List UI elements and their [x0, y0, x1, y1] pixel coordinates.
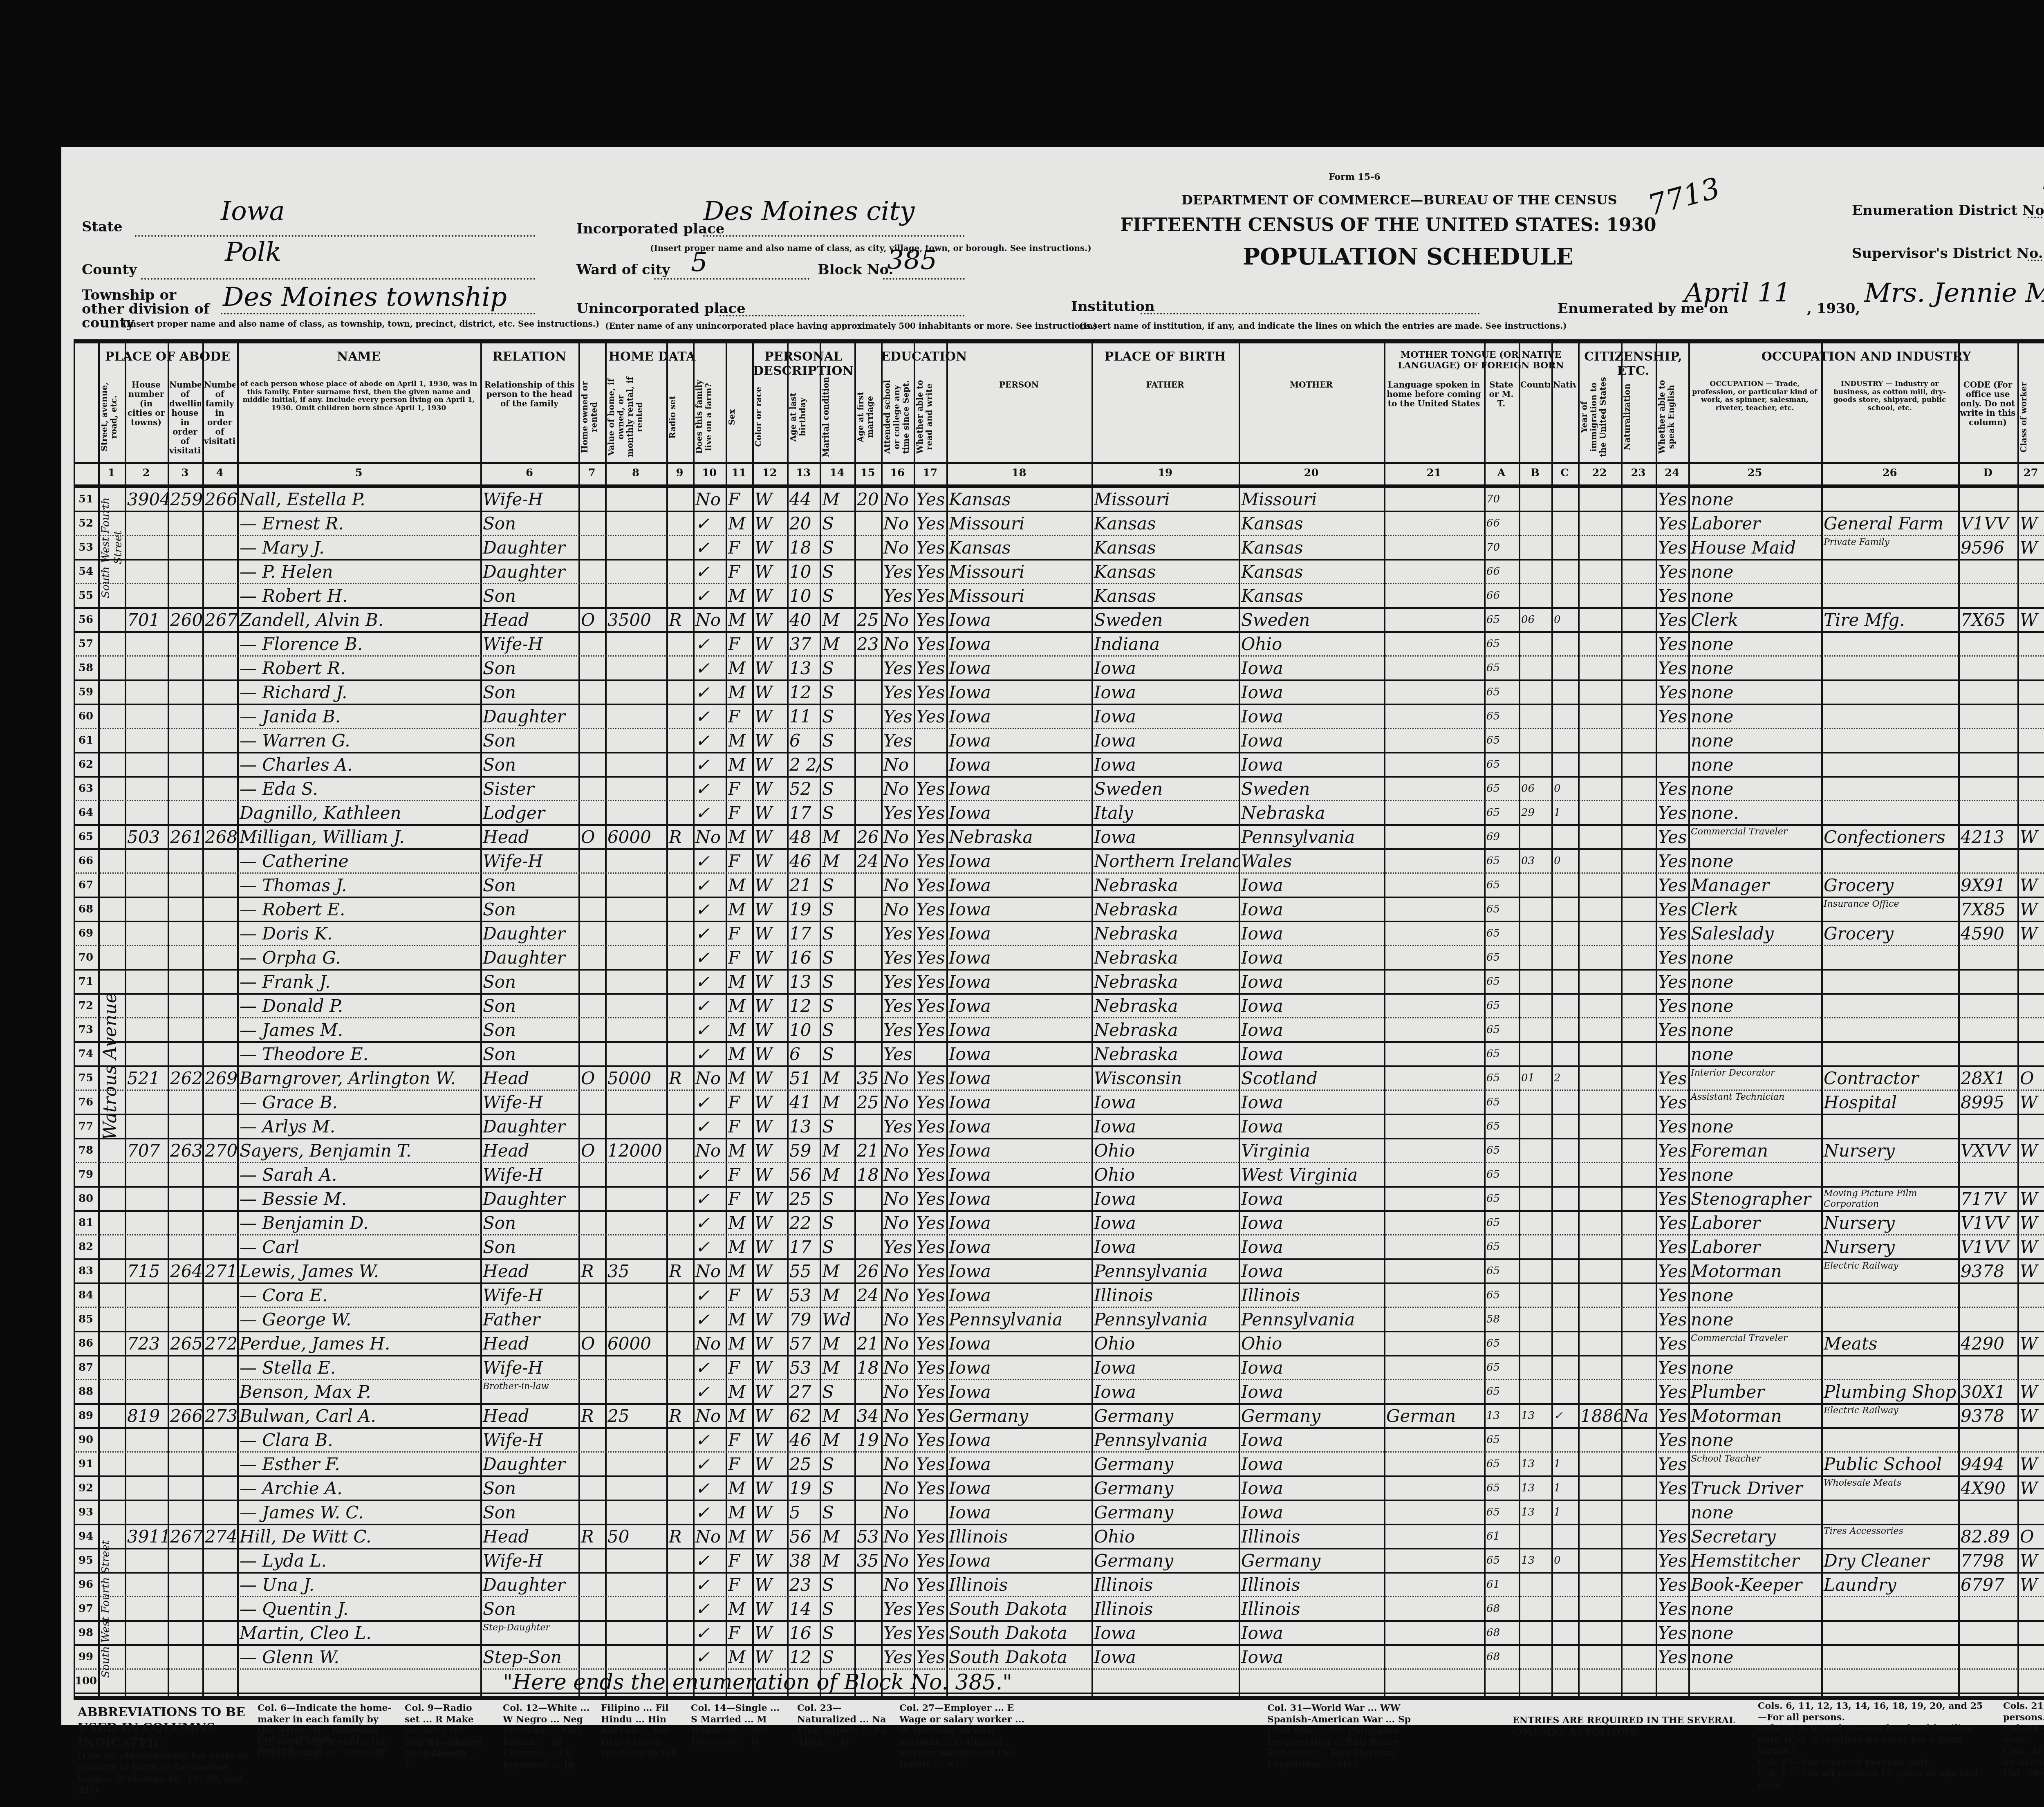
- column-group-mother-tongue-or-native-language-of-foreign-born: MOTHER TONGUE (OR NATIVE LANGUAGE) OF FO…: [1384, 350, 1578, 371]
- cell-birth-mother: Sweden: [1239, 777, 1384, 801]
- cell-owned: O: [578, 825, 605, 849]
- abbrev-col31: Col. 31—World War ... WW Spanish-America…: [1267, 1703, 1414, 1770]
- cell-read-write: Yes: [914, 1235, 946, 1259]
- table-row: 69— Doris K.Daughter✓FW17SYesYesIowaNebr…: [74, 921, 2044, 946]
- cell-relation: Daughter: [480, 704, 578, 729]
- cell-race: W: [752, 656, 787, 680]
- cell-code-a: 68: [1484, 1597, 1519, 1621]
- cell-class-worker: W: [2017, 1139, 2044, 1163]
- column-group-relation: RELATION: [480, 350, 578, 364]
- cell-sex: M: [726, 656, 752, 680]
- cell-age: 46: [787, 849, 820, 873]
- cell-occupation: Foreman: [1688, 1139, 1821, 1163]
- cell-marital: M: [820, 1066, 854, 1090]
- cell-read-write: Yes: [914, 632, 946, 656]
- cell-age: 21: [787, 873, 820, 897]
- line-number: 82: [74, 1235, 98, 1259]
- cell-name: — Carl: [237, 1235, 480, 1259]
- cell-read-write: Yes: [914, 560, 946, 584]
- column-group-occupation-and-industry: OCCUPATION AND INDUSTRY: [1688, 350, 2044, 364]
- cell-farm: ✓: [693, 801, 726, 825]
- cell-farm: No: [693, 487, 726, 511]
- cell-industry: Tires Accessories: [1821, 1525, 1958, 1549]
- block-label: Block No.: [818, 262, 893, 278]
- cell-name: Dagnillo, Kathleen: [237, 801, 480, 825]
- cell-school: Yes: [881, 1235, 914, 1259]
- cell-sex: M: [726, 1139, 752, 1163]
- table-row: 59— Richard J.Son✓MW12SYesYesIowaIowaIow…: [74, 680, 2044, 704]
- cell-read-write: Yes: [914, 1428, 946, 1452]
- cell-sex: F: [726, 1187, 752, 1211]
- cell-class-worker: W: [2017, 897, 2044, 921]
- cell-industry: Nursery: [1821, 1211, 1958, 1235]
- cell-age: 44: [787, 487, 820, 511]
- cell-age: 53: [787, 1283, 820, 1307]
- cell-race: W: [752, 1597, 787, 1621]
- cell-code-c: 1: [1551, 801, 1578, 825]
- cell-birth-mother: Iowa: [1239, 873, 1384, 897]
- cell-code-a: 65: [1484, 656, 1519, 680]
- cell-name: Bulwan, Carl A.: [237, 1404, 480, 1428]
- cell-code-a: 65: [1484, 1211, 1519, 1235]
- cell-age-married: 26: [854, 1259, 881, 1283]
- cell-age: 5: [787, 1500, 820, 1525]
- cell-dwelling: 265: [168, 1332, 202, 1356]
- cell-birth-father: Germany: [1091, 1476, 1239, 1500]
- cell-birth-father: Iowa: [1091, 1090, 1239, 1114]
- entries-left: Cols. 6, 11, 12, 13, 14, 16, 18, 19, 20,…: [1758, 1701, 1987, 1791]
- cell-code-a: 65: [1484, 1476, 1519, 1500]
- cell-birth-person: Iowa: [946, 921, 1091, 946]
- cell-race: W: [752, 1283, 787, 1307]
- cell-age: 18: [787, 536, 820, 560]
- block-line: [883, 278, 965, 280]
- cell-code-a: 65: [1484, 1259, 1519, 1283]
- cell-sex: M: [726, 729, 752, 753]
- cell-occupation: none: [1688, 680, 1821, 704]
- column-header-class-worker: Class of worker: [2019, 376, 2042, 458]
- cell-birth-person: Iowa: [946, 1356, 1091, 1380]
- cell-class-worker: O: [2017, 1066, 2044, 1090]
- cell-name: — Doris K.: [237, 921, 480, 946]
- cell-code-a: 65: [1484, 1500, 1519, 1525]
- cell-age-married: 24: [854, 1283, 881, 1307]
- cell-english: Yes: [1656, 608, 1688, 632]
- cell-birth-person: Iowa: [946, 1163, 1091, 1187]
- cell-read-write: Yes: [914, 897, 946, 921]
- abbreviations-block: ABBREVIATIONS TO BE USED IN COLUMNS INDI…: [78, 1705, 249, 1796]
- cell-age-married: 35: [854, 1066, 881, 1090]
- cell-race: W: [752, 1139, 787, 1163]
- cell-birth-father: Germany: [1091, 1452, 1239, 1476]
- cell-birth-person: Iowa: [946, 1452, 1091, 1476]
- cell-school: No: [881, 1573, 914, 1597]
- cell-relation: Wife-H: [480, 1356, 578, 1380]
- cell-occupation: Motorman: [1688, 1404, 1821, 1428]
- cell-relation: Son: [480, 994, 578, 1018]
- cell-value: 12000: [605, 1139, 666, 1163]
- cell-school: Yes: [881, 801, 914, 825]
- cell-code-a: 65: [1484, 753, 1519, 777]
- cell-occupation: none: [1688, 487, 1821, 511]
- cell-farm: ✓: [693, 680, 726, 704]
- cell-school: Yes: [881, 729, 914, 753]
- entries-line-5: Cols. 21, 22, and 23—For all foreign-bor…: [2003, 1701, 2044, 1723]
- cell-occupation: none: [1688, 704, 1821, 729]
- table-row: 97— Quentin J.Son✓MW14SYesYesSouth Dakot…: [74, 1597, 2044, 1621]
- cell-school: No: [881, 873, 914, 897]
- cell-age: 2 2/12: [787, 753, 820, 777]
- cell-farm: ✓: [693, 1018, 726, 1042]
- cell-birth-father: Indiana: [1091, 632, 1239, 656]
- line-number: 95: [74, 1549, 98, 1573]
- cell-school: No: [881, 1428, 914, 1452]
- cell-dwelling: 259: [168, 487, 202, 511]
- cell-value: 6000: [605, 825, 666, 849]
- cell-school: No: [881, 487, 914, 511]
- column-group-name: NAME: [237, 350, 480, 364]
- cell-code-a: 69: [1484, 825, 1519, 849]
- cell-sex: M: [726, 1042, 752, 1066]
- cell-industry: Moving Picture Film Corporation: [1821, 1187, 1958, 1211]
- cell-race: W: [752, 1356, 787, 1380]
- cell-birth-mother: Kansas: [1239, 511, 1384, 536]
- column-number-age: 13: [787, 467, 820, 479]
- cell-age-married: 19: [854, 1428, 881, 1452]
- line-number: 89: [74, 1404, 98, 1428]
- cell-relation: Wife-H: [480, 1549, 578, 1573]
- cell-birth-person: Iowa: [946, 1549, 1091, 1573]
- cell-occupation: none: [1688, 994, 1821, 1018]
- cell-read-write: Yes: [914, 1187, 946, 1211]
- cell-age: 17: [787, 801, 820, 825]
- cell-birth-father: Iowa: [1091, 680, 1239, 704]
- cell-age: 38: [787, 1549, 820, 1573]
- cell-relation: Son: [480, 873, 578, 897]
- cell-age: 25: [787, 1452, 820, 1476]
- cell-birth-father: Northern Ireland: [1091, 849, 1239, 873]
- column-number-occupation: 25: [1688, 467, 1821, 479]
- cell-name: Perdue, James H.: [237, 1332, 480, 1356]
- cell-birth-person: Iowa: [946, 704, 1091, 729]
- cell-birth-person: Iowa: [946, 680, 1091, 704]
- line-number: 84: [74, 1283, 98, 1307]
- cell-code-a: 65: [1484, 704, 1519, 729]
- cell-birth-mother: Iowa: [1239, 1235, 1384, 1259]
- cell-sex: M: [726, 1066, 752, 1090]
- cell-radio: R: [666, 825, 693, 849]
- cell-farm: ✓: [693, 1476, 726, 1500]
- cell-birth-father: Germany: [1091, 1549, 1239, 1573]
- cell-farm: ✓: [693, 1380, 726, 1404]
- cell-read-write: Yes: [914, 1066, 946, 1090]
- cell-birth-father: Kansas: [1091, 584, 1239, 608]
- cell-code-a: 70: [1484, 536, 1519, 560]
- incorporated-value: Des Moines city: [703, 196, 914, 226]
- cell-school: No: [881, 1163, 914, 1187]
- cell-farm: ✓: [693, 536, 726, 560]
- cell-name: Lewis, James W.: [237, 1259, 480, 1283]
- cell-race: W: [752, 584, 787, 608]
- cell-birth-father: Ohio: [1091, 1139, 1239, 1163]
- cell-family: 268: [202, 825, 237, 849]
- cell-family: 267: [202, 608, 237, 632]
- cell-school: No: [881, 1525, 914, 1549]
- column-number-race: 12: [752, 467, 787, 479]
- cell-age: 37: [787, 632, 820, 656]
- cell-age: 20: [787, 511, 820, 536]
- entries-line-3: Col. 15—For married persons only.: [1758, 1757, 1987, 1769]
- column-header-birth-mother: MOTHER: [1240, 380, 1382, 460]
- cell-birth-person: Iowa: [946, 656, 1091, 680]
- cell-class-worker: W: [2017, 511, 2044, 536]
- enum-district-line: [2028, 217, 2044, 218]
- cell-sex: F: [726, 946, 752, 970]
- cell-name: — Ernest R.: [237, 511, 480, 536]
- column-header-code-d: CODE (For office use only. Do not write …: [1960, 380, 2016, 460]
- cell-read-write: Yes: [914, 536, 946, 560]
- cell-farm: ✓: [693, 970, 726, 994]
- cell-code-a: 65: [1484, 897, 1519, 921]
- column-header-relation: Relationship of this person to the head …: [482, 380, 577, 460]
- cell-relation: Head: [480, 1139, 578, 1163]
- cell-name: — Bessie M.: [237, 1187, 480, 1211]
- cell-race: W: [752, 1380, 787, 1404]
- cell-birth-father: Nebraska: [1091, 1018, 1239, 1042]
- cell-code-a: 65: [1484, 1428, 1519, 1452]
- column-header-farm: Does this family live on a farm?: [695, 376, 724, 458]
- cell-code-a: 61: [1484, 1525, 1519, 1549]
- cell-age: 27: [787, 1380, 820, 1404]
- cell-marital: S: [820, 536, 854, 560]
- cell-family: 273: [202, 1404, 237, 1428]
- cell-occupation: Plumber: [1688, 1380, 1821, 1404]
- table-bottom-border: [74, 1696, 2044, 1700]
- line-number: 62: [74, 753, 98, 777]
- cell-birth-person: Kansas: [946, 487, 1091, 511]
- cell-race: W: [752, 1645, 787, 1669]
- cell-birth-person: Iowa: [946, 1235, 1091, 1259]
- cell-birth-person: Iowa: [946, 1259, 1091, 1283]
- institution-label: Institution: [1071, 298, 1155, 315]
- cell-english: Yes: [1656, 1114, 1688, 1139]
- cell-occupation: Laborer: [1688, 511, 1821, 536]
- cell-read-write: Yes: [914, 487, 946, 511]
- line-number: 97: [74, 1597, 98, 1621]
- cell-school: No: [881, 1307, 914, 1332]
- cell-race: W: [752, 970, 787, 994]
- cell-birth-father: Nebraska: [1091, 921, 1239, 946]
- column-header-english: Whether able to speak English: [1657, 376, 1687, 458]
- cell-school: No: [881, 511, 914, 536]
- cell-birth-father: Iowa: [1091, 704, 1239, 729]
- cell-marital: S: [820, 921, 854, 946]
- cell-code-a: 65: [1484, 1163, 1519, 1187]
- cell-code-c: 1: [1551, 1500, 1578, 1525]
- table-row: 71— Frank J.Son✓MW13SYesYesIowaNebraskaI…: [74, 970, 2044, 994]
- line-number: 75: [74, 1066, 98, 1090]
- cell-farm: ✓: [693, 1090, 726, 1114]
- cell-occupation: none: [1688, 1356, 1821, 1380]
- table-row: 73— James M.Son✓MW10SYesYesIowaNebraskaI…: [74, 1018, 2044, 1042]
- cell-birth-mother: Kansas: [1239, 560, 1384, 584]
- cell-relation: Son: [480, 897, 578, 921]
- cell-marital: S: [820, 873, 854, 897]
- cell-occupation: none: [1688, 1018, 1821, 1042]
- cell-radio: R: [666, 1259, 693, 1283]
- cell-occupation: Stenographer: [1688, 1187, 1821, 1211]
- cell-industry: Wholesale Meats: [1821, 1476, 1958, 1500]
- cell-marital: S: [820, 1235, 854, 1259]
- cell-sex: M: [726, 608, 752, 632]
- cell-code-a: 68: [1484, 1645, 1519, 1669]
- cell-birth-mother: Ohio: [1239, 1332, 1384, 1356]
- cell-relation: Son: [480, 1597, 578, 1621]
- cell-school: Yes: [881, 680, 914, 704]
- abbrev-col14: Col. 14—Single ... S Married ... M Widow…: [691, 1703, 785, 1748]
- column-group-home-data: HOME DATA: [578, 350, 726, 364]
- cell-marital: S: [820, 1621, 854, 1645]
- cell-school: Yes: [881, 970, 914, 994]
- cell-birth-person: Nebraska: [946, 825, 1091, 849]
- table-row: 70— Orpha G.Daughter✓FW16SYesYesIowaNebr…: [74, 946, 2044, 970]
- cell-birth-mother: Iowa: [1239, 1428, 1384, 1452]
- cell-industry: Grocery: [1821, 921, 1958, 946]
- cell-code-d: 7X65: [1958, 608, 2017, 632]
- cell-english: Yes: [1656, 632, 1688, 656]
- cell-family: 266: [202, 487, 237, 511]
- cell-industry: Insurance Office: [1821, 897, 1958, 921]
- unincorporated-label: Unincorporated place: [576, 300, 746, 317]
- cell-code-a: 66: [1484, 584, 1519, 608]
- cell-race: W: [752, 825, 787, 849]
- cell-name: — Esther F.: [237, 1452, 480, 1476]
- cell-farm: ✓: [693, 777, 726, 801]
- cell-code-a: 65: [1484, 1090, 1519, 1114]
- cell-marital: S: [820, 656, 854, 680]
- cell-birth-person: Iowa: [946, 1283, 1091, 1307]
- cell-age: 46: [787, 1428, 820, 1452]
- cell-marital: S: [820, 1645, 854, 1669]
- cell-birth-mother: Germany: [1239, 1549, 1384, 1573]
- line-number: 54: [74, 560, 98, 584]
- cell-age: 52: [787, 777, 820, 801]
- cell-age: 51: [787, 1066, 820, 1090]
- cell-farm: ✓: [693, 1187, 726, 1211]
- table-row: 72— Donald P.Son✓MW12SYesYesIowaNebraska…: [74, 994, 2044, 1018]
- cell-school: No: [881, 1476, 914, 1500]
- cell-birth-father: Italy: [1091, 801, 1239, 825]
- cell-english: Yes: [1656, 1283, 1688, 1307]
- table-row: 62— Charles A.Son✓MW2 2/12SNoIowaIowaIow…: [74, 753, 2044, 777]
- cell-house: 503: [125, 825, 168, 849]
- cell-sex: M: [726, 1525, 752, 1549]
- enum-district-label: Enumeration District No.: [1852, 202, 2044, 219]
- cell-age: 14: [787, 1597, 820, 1621]
- cell-code-d: 4290: [1958, 1332, 2017, 1356]
- table-row: 90— Clara B.Wife-H✓FW46M19NoYesIowaPenns…: [74, 1428, 2044, 1452]
- cell-name: — Catherine: [237, 849, 480, 873]
- cell-class-worker: W: [2017, 1476, 2044, 1500]
- cell-industry: Public School: [1821, 1452, 1958, 1476]
- cell-class-worker: W: [2017, 536, 2044, 560]
- cell-birth-mother: Iowa: [1239, 1090, 1384, 1114]
- cell-code-b: 13: [1519, 1452, 1551, 1476]
- cell-sex: F: [726, 632, 752, 656]
- cell-race: W: [752, 777, 787, 801]
- table-row: 68— Robert E.Son✓MW19SNoYesIowaNebraskaI…: [74, 897, 2044, 921]
- cell-read-write: Yes: [914, 1018, 946, 1042]
- cell-age: 12: [787, 680, 820, 704]
- cell-age-married: 34: [854, 1404, 881, 1428]
- cell-birth-father: Nebraska: [1091, 970, 1239, 994]
- cell-occupation: none: [1688, 560, 1821, 584]
- column-header-name: of each person whose place of abode on A…: [239, 380, 479, 460]
- cell-occupation: none: [1688, 1597, 1821, 1621]
- cell-marital: M: [820, 1163, 854, 1187]
- cell-read-write: Yes: [914, 994, 946, 1018]
- cell-race: W: [752, 1163, 787, 1187]
- cell-industry: Electric Railway: [1821, 1404, 1958, 1428]
- cell-code-d: 28X1: [1958, 1066, 2017, 1090]
- cell-industry: Private Family: [1821, 536, 1958, 560]
- column-header-house: House number (in cities or towns): [126, 380, 166, 460]
- table-row: 75521262269Barngrover, Arlington W.HeadO…: [74, 1066, 2044, 1090]
- cell-age: 13: [787, 1114, 820, 1139]
- column-number-name: 5: [237, 467, 480, 479]
- cell-birth-father: Iowa: [1091, 729, 1239, 753]
- cell-farm: ✓: [693, 1356, 726, 1380]
- cell-age: 10: [787, 584, 820, 608]
- table-row: 54— P. HelenDaughter✓FW10SYesYesMissouri…: [74, 560, 2044, 584]
- street-name: South West Fourth Street: [100, 487, 123, 608]
- cell-name: — Warren G.: [237, 729, 480, 753]
- cell-school: No: [881, 1283, 914, 1307]
- cell-read-write: Yes: [914, 1139, 946, 1163]
- cell-name: Hill, De Witt C.: [237, 1525, 480, 1549]
- cell-race: W: [752, 753, 787, 777]
- cell-english: Yes: [1656, 1235, 1688, 1259]
- cell-name: — Grace B.: [237, 1090, 480, 1114]
- cell-class-worker: W: [2017, 1380, 2044, 1404]
- cell-read-write: Yes: [914, 1525, 946, 1549]
- table-row: 80— Bessie M.Daughter✓FW25SNoYesIowaIowa…: [74, 1187, 2044, 1211]
- cell-english: Yes: [1656, 680, 1688, 704]
- cell-birth-mother: Iowa: [1239, 1380, 1384, 1404]
- cell-class-worker: O: [2017, 1525, 2044, 1549]
- cell-age-married: 21: [854, 1332, 881, 1356]
- entries-line-7: Cols. 26, 27, and 28—For all persons for…: [2003, 1746, 2044, 1768]
- cell-birth-person: South Dakota: [946, 1645, 1091, 1669]
- cell-sex: M: [726, 1235, 752, 1259]
- cell-school: Yes: [881, 994, 914, 1018]
- cell-birth-person: Iowa: [946, 729, 1091, 753]
- cell-age-married: 18: [854, 1163, 881, 1187]
- cell-code-a: 68: [1484, 1621, 1519, 1645]
- cell-english: Yes: [1656, 1645, 1688, 1669]
- cell-birth-person: Iowa: [946, 1042, 1091, 1066]
- cell-class-worker: W: [2017, 608, 2044, 632]
- cell-birth-mother: Iowa: [1239, 994, 1384, 1018]
- cell-age: 19: [787, 1476, 820, 1500]
- cell-read-write: Yes: [914, 1380, 946, 1404]
- cell-name: Zandell, Alvin B.: [237, 608, 480, 632]
- cell-industry: Electric Railway: [1821, 1259, 1958, 1283]
- cell-farm: ✓: [693, 632, 726, 656]
- cell-code-d: 9596: [1958, 536, 2017, 560]
- cell-race: W: [752, 680, 787, 704]
- cell-english: Yes: [1656, 1018, 1688, 1042]
